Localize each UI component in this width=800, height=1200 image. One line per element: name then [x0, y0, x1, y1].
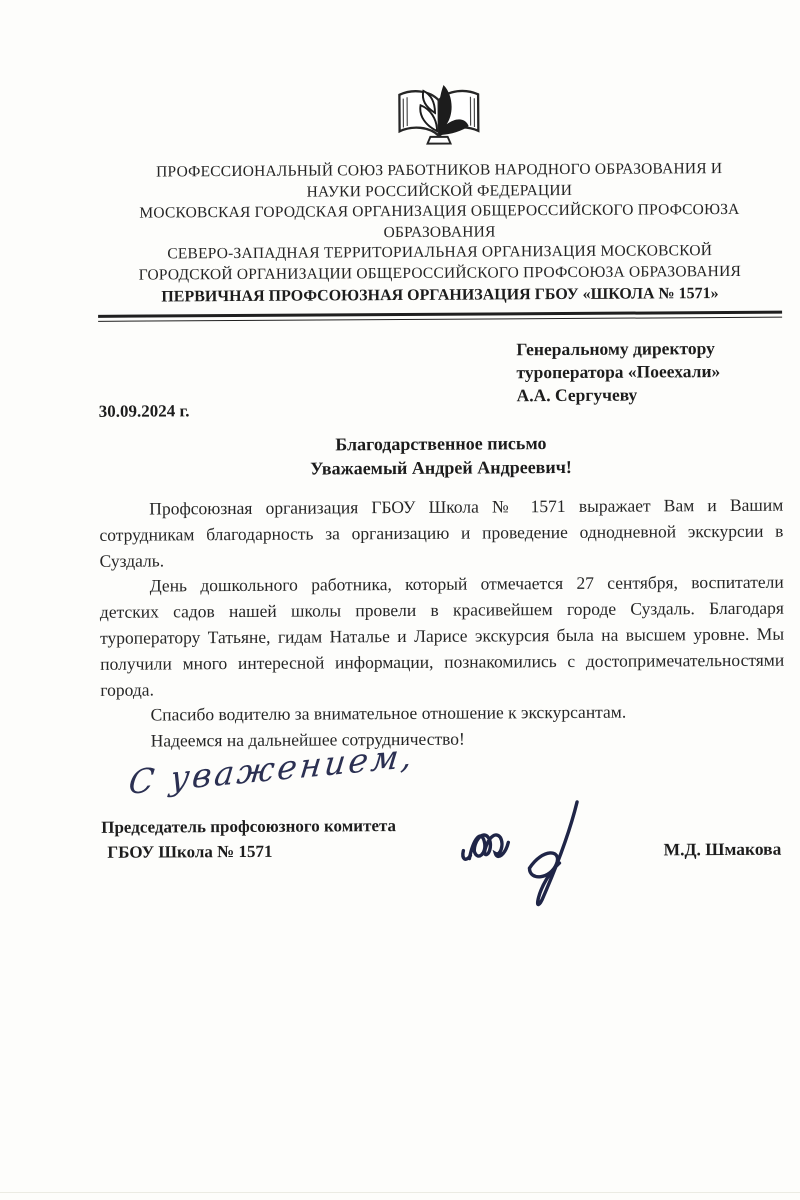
logo-container: [97, 80, 781, 155]
letterhead-line: МОСКОВСКАЯ ГОРОДСКАЯ ОРГАНИЗАЦИЯ ОБЩЕРОС…: [97, 200, 781, 225]
body-paragraph: Надеемся на дальнейшее сотрудничество!: [101, 725, 785, 755]
letterhead-line: ГОРОДСКОЙ ОРГАНИЗАЦИИ ОБЩЕРОССИЙСКОГО ПР…: [98, 261, 782, 286]
letter-title-block: Благодарственное письмо Уважаемый Андрей…: [99, 431, 783, 482]
handwritten-signature-icon: [457, 798, 628, 919]
letterhead: ПРОФЕССИОНАЛЬНЫЙ СОЮЗ РАБОТНИКОВ НАРОДНО…: [97, 159, 782, 286]
letterhead-line: ПРОФЕССИОНАЛЬНЫЙ СОЮЗ РАБОТНИКОВ НАРОДНО…: [97, 159, 781, 184]
letter-salutation: Уважаемый Андрей Андреевич!: [99, 454, 783, 482]
union-logo-icon: [391, 81, 487, 148]
closing-block: С уважением,: [101, 753, 785, 813]
signatory-name: М.Д. Шмакова: [663, 839, 781, 861]
letterhead-primary-line: ПЕРВИЧНАЯ ПРОФСОЮЗНАЯ ОРГАНИЗАЦИЯ ГБОУ «…: [98, 283, 782, 308]
recipient-line: туроператора «Поеехали»: [516, 360, 782, 385]
recipient-line: Генеральному директору: [516, 337, 782, 362]
recipient-block: Генеральному директору туроператора «Пое…: [516, 337, 782, 408]
body-paragraph: Профсоюзная организация ГБОУ Школа № 157…: [99, 493, 783, 575]
body-paragraph: День дошкольного работника, который отме…: [100, 570, 785, 703]
signature-block: Председатель профсоюзного комитета ГБОУ …: [101, 811, 786, 945]
letterhead-divider-rule: [98, 311, 782, 322]
scan-edge-artifact: [0, 1192, 800, 1193]
letter-date: 30.09.2024 г.: [99, 398, 783, 422]
scanned-letter-page: ПРОФЕССИОНАЛЬНЫЙ СОЮЗ РАБОТНИКОВ НАРОДНО…: [0, 0, 800, 1200]
scan-content: ПРОФЕССИОНАЛЬНЫЙ СОЮЗ РАБОТНИКОВ НАРОДНО…: [0, 0, 800, 945]
letter-body: Профсоюзная организация ГБОУ Школа № 157…: [99, 493, 785, 755]
